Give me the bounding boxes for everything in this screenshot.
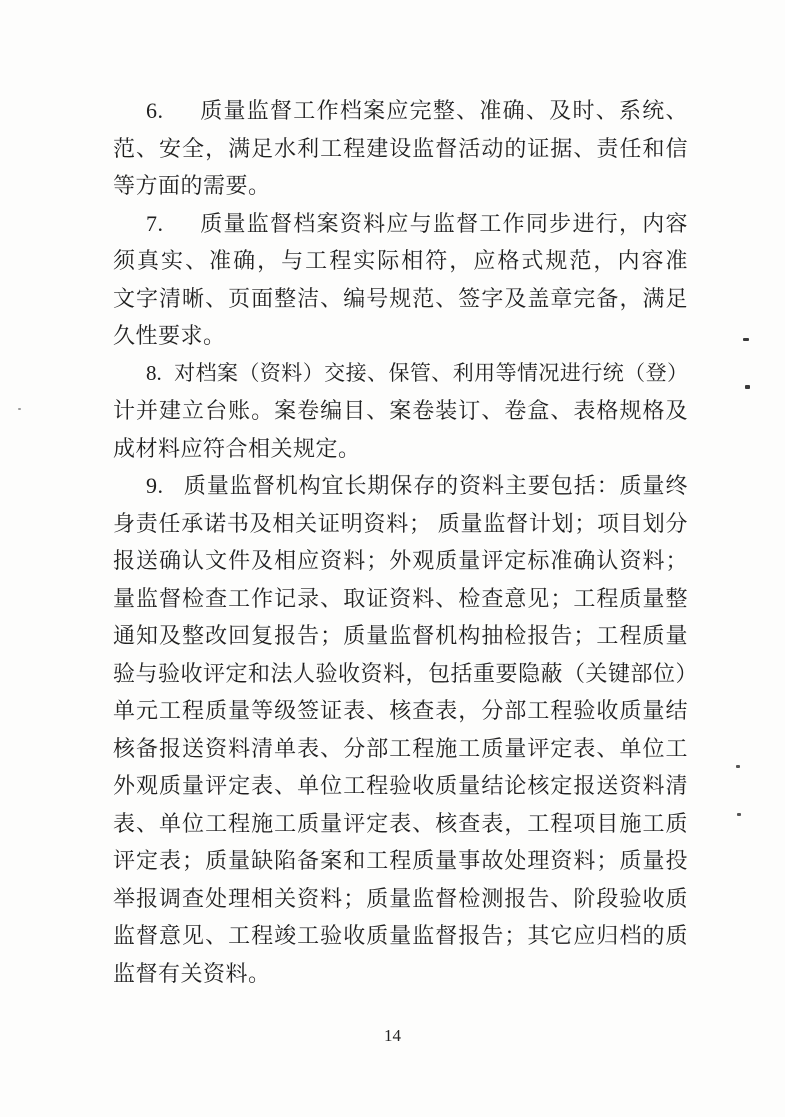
paragraph-9-line: 身责任承诺书及相关证明资料； 质量监督计划；项目划分 bbox=[113, 505, 688, 543]
scan-speck bbox=[745, 385, 750, 389]
paragraph-9-line: 量监督检查工作记录、取证资料、检查意见；工程质量整改 bbox=[113, 580, 688, 618]
document-text-block: 6.质量监督工作档案应完整、准确、及时、系统、规 范、安全，满足水利工程建设监督… bbox=[113, 92, 688, 992]
first-line-indent bbox=[113, 117, 146, 118]
paragraph-number: 8. bbox=[146, 361, 162, 385]
paragraph-9-line: 外观质量评定表、单位工程验收质量结论核定报送资料清单 bbox=[113, 767, 688, 805]
paragraph-9-line: 监督有关资料。 bbox=[113, 955, 688, 993]
paragraph-9-line: 报送确认文件及相应资料；外观质量评定标准确认资料；质 bbox=[113, 542, 688, 580]
number-gap bbox=[164, 230, 200, 231]
paragraph-9-line: 举报调查处理相关资料；质量监督检测报告、阶段验收质量 bbox=[113, 880, 688, 918]
scan-speck bbox=[18, 408, 21, 410]
paragraph-7-line: 久性要求。 bbox=[113, 317, 688, 355]
scan-speck bbox=[743, 338, 749, 341]
paragraph-6-first-line: 6.质量监督工作档案应完整、准确、及时、系统、规 bbox=[113, 92, 688, 130]
number-gap bbox=[164, 492, 184, 493]
paragraph-9-line: 单元工程质量等级签证表、核查表，分部工程验收质量结论 bbox=[113, 692, 688, 730]
paragraph-text: 质量监督工作档案应完整、准确、及时、系统、规 bbox=[113, 98, 688, 130]
paragraph-9-line: 监督意见、工程竣工验收质量监督报告；其它应归档的质量 bbox=[113, 917, 688, 955]
first-line-indent bbox=[113, 492, 146, 493]
first-line-indent bbox=[113, 230, 146, 231]
paragraph-7-first-line: 7.质量监督档案资料应与监督工作同步进行，内容必 bbox=[113, 205, 688, 243]
paragraph-number: 9. bbox=[146, 473, 164, 498]
paragraph-9-line: 通知及整改回复报告；质量监督机构抽检报告；工程质量检 bbox=[113, 617, 688, 655]
paragraph-9-line: 核备报送资料清单表、分部工程施工质量评定表、单位工程 bbox=[113, 730, 688, 768]
paragraph-8-line: 成材料应符合相关规定。 bbox=[113, 430, 688, 468]
scan-speck bbox=[737, 813, 741, 816]
scan-speck bbox=[736, 765, 740, 768]
first-line-indent bbox=[113, 379, 146, 380]
paragraph-8-line: 计并建立台账。案卷编目、案卷装订、卷盒、表格规格及制 bbox=[113, 392, 688, 430]
paragraph-number: 6. bbox=[146, 98, 164, 123]
number-gap bbox=[162, 379, 174, 380]
paragraph-6-line: 等方面的需要。 bbox=[113, 167, 688, 205]
paragraph-6-line: 范、安全，满足水利工程建设监督活动的证据、责任和信息 bbox=[113, 130, 688, 168]
paragraph-7-line: 须真实、准确，与工程实际相符，应格式规范，内容准确、 bbox=[113, 242, 688, 280]
paragraph-8-first-line: 8.对档案（资料）交接、保管、利用等情况进行统（登） bbox=[113, 355, 688, 393]
document-page: 6.质量监督工作档案应完整、准确、及时、系统、规 范、安全，满足水利工程建设监督… bbox=[0, 0, 785, 1117]
paragraph-9-line: 表、单位工程施工质量评定表、核查表，工程项目施工质量 bbox=[113, 805, 688, 843]
paragraph-9-line: 验与验收评定和法人验收资料，包括重要隐蔽（关键部位） bbox=[113, 655, 688, 693]
number-gap bbox=[164, 117, 200, 118]
paragraph-7-line: 文字清晰、页面整洁、编号规范、签字及盖章完备，满足耐 bbox=[113, 280, 688, 318]
paragraph-text: 质量监督机构宜长期保存的资料主要包括：质量终 bbox=[184, 473, 689, 498]
paragraph-number: 7. bbox=[146, 211, 164, 236]
paragraph-9-first-line: 9.质量监督机构宜长期保存的资料主要包括：质量终 bbox=[113, 467, 688, 505]
page-number: 14 bbox=[0, 1026, 785, 1046]
paragraph-text: 对档案（资料）交接、保管、利用等情况进行统（登） bbox=[174, 361, 688, 385]
paragraph-9-line: 评定表；质量缺陷备案和工程质量事故处理资料；质量投诉 bbox=[113, 842, 688, 880]
paragraph-text: 质量监督档案资料应与监督工作同步进行，内容必 bbox=[113, 211, 688, 243]
